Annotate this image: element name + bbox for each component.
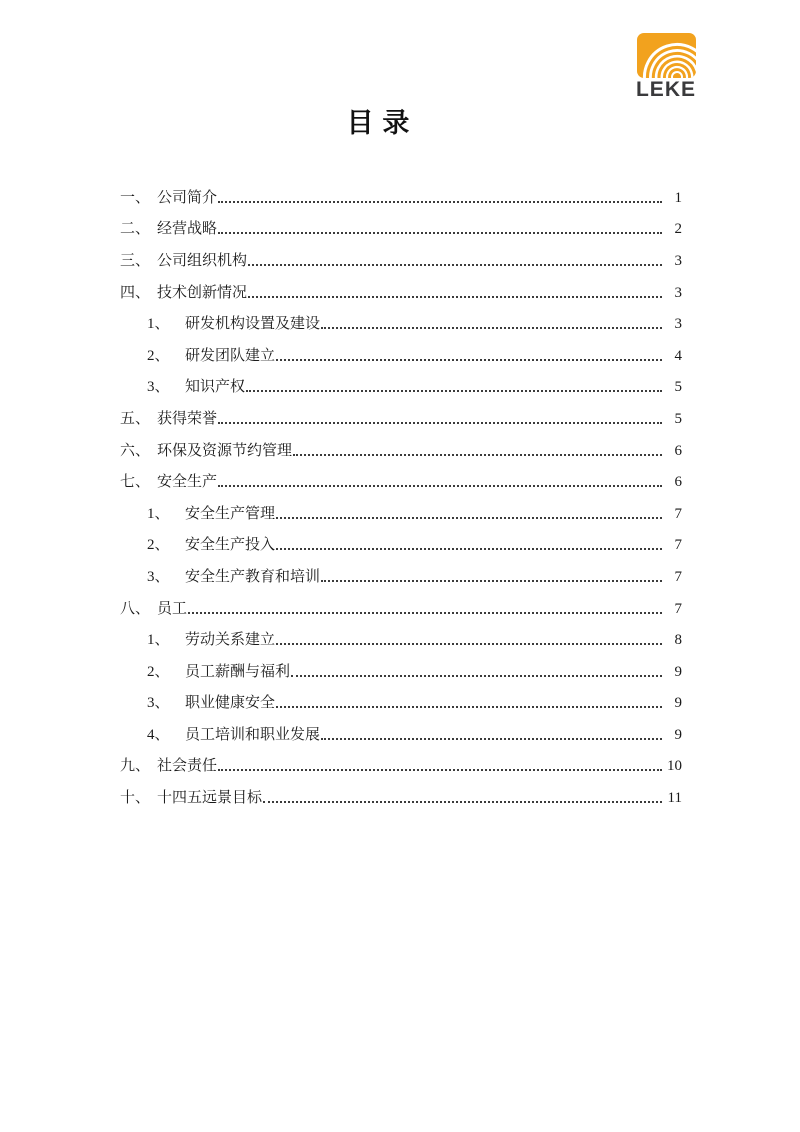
toc-entry: 2、 安全生产投入 7 [120,530,682,562]
toc-leader-dots [291,675,662,677]
toc-entry-number: 3、 [147,694,185,712]
toc-entry-page: 9 [665,694,682,712]
toc-entry-number: 1、 [147,631,185,649]
toc-entry-label[interactable]: 安全生产投入 [185,536,275,554]
toc-entry-label[interactable]: 环保及资源节约管理 [157,442,292,460]
toc-entry: 4、 员工培训和职业发展 9 [120,719,682,751]
toc-entry: 七、 安全生产 6 [120,466,682,498]
toc-entry-label[interactable]: 安全生产 [157,473,217,491]
page-title: 目 录 [0,101,757,140]
toc-entry: 2、 研发团队建立 4 [120,340,682,372]
toc-entry: 3、 职业健康安全 9 [120,688,682,720]
toc-entry-page: 9 [665,726,682,744]
toc-entry-number: 四、 [120,284,157,302]
toc-entry-page: 6 [665,442,682,460]
toc-entry-page: 5 [665,378,682,396]
toc-entry-label[interactable]: 公司组织机构 [157,252,247,270]
toc-entry: 1、 研发机构设置及建设 3 [120,308,682,340]
toc-entry-number: 一、 [120,189,157,207]
toc-leader-dots [276,643,662,645]
toc-entry: 3、 知识产权 5 [120,372,682,404]
toc-leader-dots [218,422,662,424]
document-page: LEKE 目 录 一、 公司简介 1 二、 经营战略 2 三、 公司组织机构 3… [0,0,800,1132]
toc-leader-dots [263,801,662,803]
toc-entry-page: 3 [665,284,682,302]
toc-leader-dots [321,580,662,582]
toc-entry-number: 1、 [147,505,185,523]
toc-entry: 六、 环保及资源节约管理 6 [120,435,682,467]
toc-entry-label[interactable]: 研发团队建立 [185,347,275,365]
toc-entry-label[interactable]: 安全生产教育和培训 [185,568,320,586]
toc-entry-number: 二、 [120,220,157,238]
toc-entry-page: 9 [665,663,682,681]
toc-entry-number: 3、 [147,568,185,586]
toc-entry-number: 七、 [120,473,157,491]
toc-entry-number: 五、 [120,410,157,428]
toc-entry-label[interactable]: 知识产权 [185,378,245,396]
toc-entry-page: 7 [665,505,682,523]
toc-entry-label[interactable]: 公司简介 [157,189,217,207]
toc-entry: 二、 经营战略 2 [120,214,682,246]
toc-leader-dots [321,738,662,740]
toc-entry-number: 2、 [147,536,185,554]
arcs-shell-icon [637,33,696,78]
toc-entry: 三、 公司组织机构 3 [120,245,682,277]
toc-leader-dots [218,232,662,234]
toc-entry: 2、 员工薪酬与福利 9 [120,656,682,688]
toc-entry-number: 十、 [120,789,157,807]
toc-entry-label[interactable]: 安全生产管理 [185,505,275,523]
toc-leader-dots [246,390,662,392]
toc-entry-label[interactable]: 社会责任 [157,757,217,775]
toc-leader-dots [276,706,662,708]
toc-entry-label[interactable]: 劳动关系建立 [185,631,275,649]
toc-leader-dots [276,359,662,361]
toc-entry-page: 1 [665,189,682,207]
toc-entry-page: 10 [665,757,682,775]
toc-entry-number: 九、 [120,757,157,775]
toc-entry-label[interactable]: 获得荣誉 [157,410,217,428]
toc-entry-label[interactable]: 员工 [157,600,187,618]
toc-entry-page: 8 [665,631,682,649]
toc-entry: 十、 十四五远景目标 11 [120,782,682,814]
toc-entry-page: 5 [665,410,682,428]
toc-entry-label[interactable]: 职业健康安全 [185,694,275,712]
leke-logo-text: LEKE [631,78,701,101]
toc-entry-label[interactable]: 技术创新情况 [157,284,247,302]
toc-entry-page: 7 [665,568,682,586]
leke-logo-mark [637,33,696,78]
toc-leader-dots [248,264,662,266]
toc-entry-number: 1、 [147,315,185,333]
toc-leader-dots [218,769,662,771]
toc-entry-label[interactable]: 十四五远景目标 [157,789,262,807]
toc-entry: 九、 社会责任 10 [120,751,682,783]
toc-entry-number: 2、 [147,347,185,365]
toc-entry: 五、 获得荣誉 5 [120,403,682,435]
toc-list: 一、 公司简介 1 二、 经营战略 2 三、 公司组织机构 3 四、 技术创新情… [120,182,682,814]
toc-entry-number: 2、 [147,663,185,681]
toc-entry-label[interactable]: 员工培训和职业发展 [185,726,320,744]
toc-leader-dots [248,296,662,298]
toc-entry-label[interactable]: 研发机构设置及建设 [185,315,320,333]
toc-entry: 3、 安全生产教育和培训 7 [120,561,682,593]
toc-leader-dots [321,327,662,329]
toc-entry-number: 3、 [147,378,185,396]
toc-entry-number: 4、 [147,726,185,744]
toc-leader-dots [276,517,662,519]
toc-entry-page: 7 [665,600,682,618]
toc-entry: 八、 员工 7 [120,593,682,625]
toc-entry: 1、 劳动关系建立 8 [120,624,682,656]
toc-leader-dots [293,454,662,456]
leke-logo: LEKE [631,33,701,101]
toc-entry-page: 6 [665,473,682,491]
toc-entry-page: 4 [665,347,682,365]
toc-entry-number: 六、 [120,442,157,460]
toc-entry: 四、 技术创新情况 3 [120,277,682,309]
toc-entry-number: 八、 [120,600,157,618]
toc-entry: 1、 安全生产管理 7 [120,498,682,530]
toc-leader-dots [218,485,662,487]
toc-leader-dots [188,612,662,614]
toc-entry-number: 三、 [120,252,157,270]
toc-entry-page: 3 [665,252,682,270]
toc-entry-page: 3 [665,315,682,333]
toc-entry-page: 2 [665,220,682,238]
toc-entry-label[interactable]: 经营战略 [157,220,217,238]
toc-entry-page: 7 [665,536,682,554]
toc-entry-label[interactable]: 员工薪酬与福利 [185,663,290,681]
toc-entry-page: 11 [665,789,682,807]
toc-leader-dots [276,548,662,550]
toc-entry: 一、 公司简介 1 [120,182,682,214]
toc-leader-dots [218,201,662,203]
